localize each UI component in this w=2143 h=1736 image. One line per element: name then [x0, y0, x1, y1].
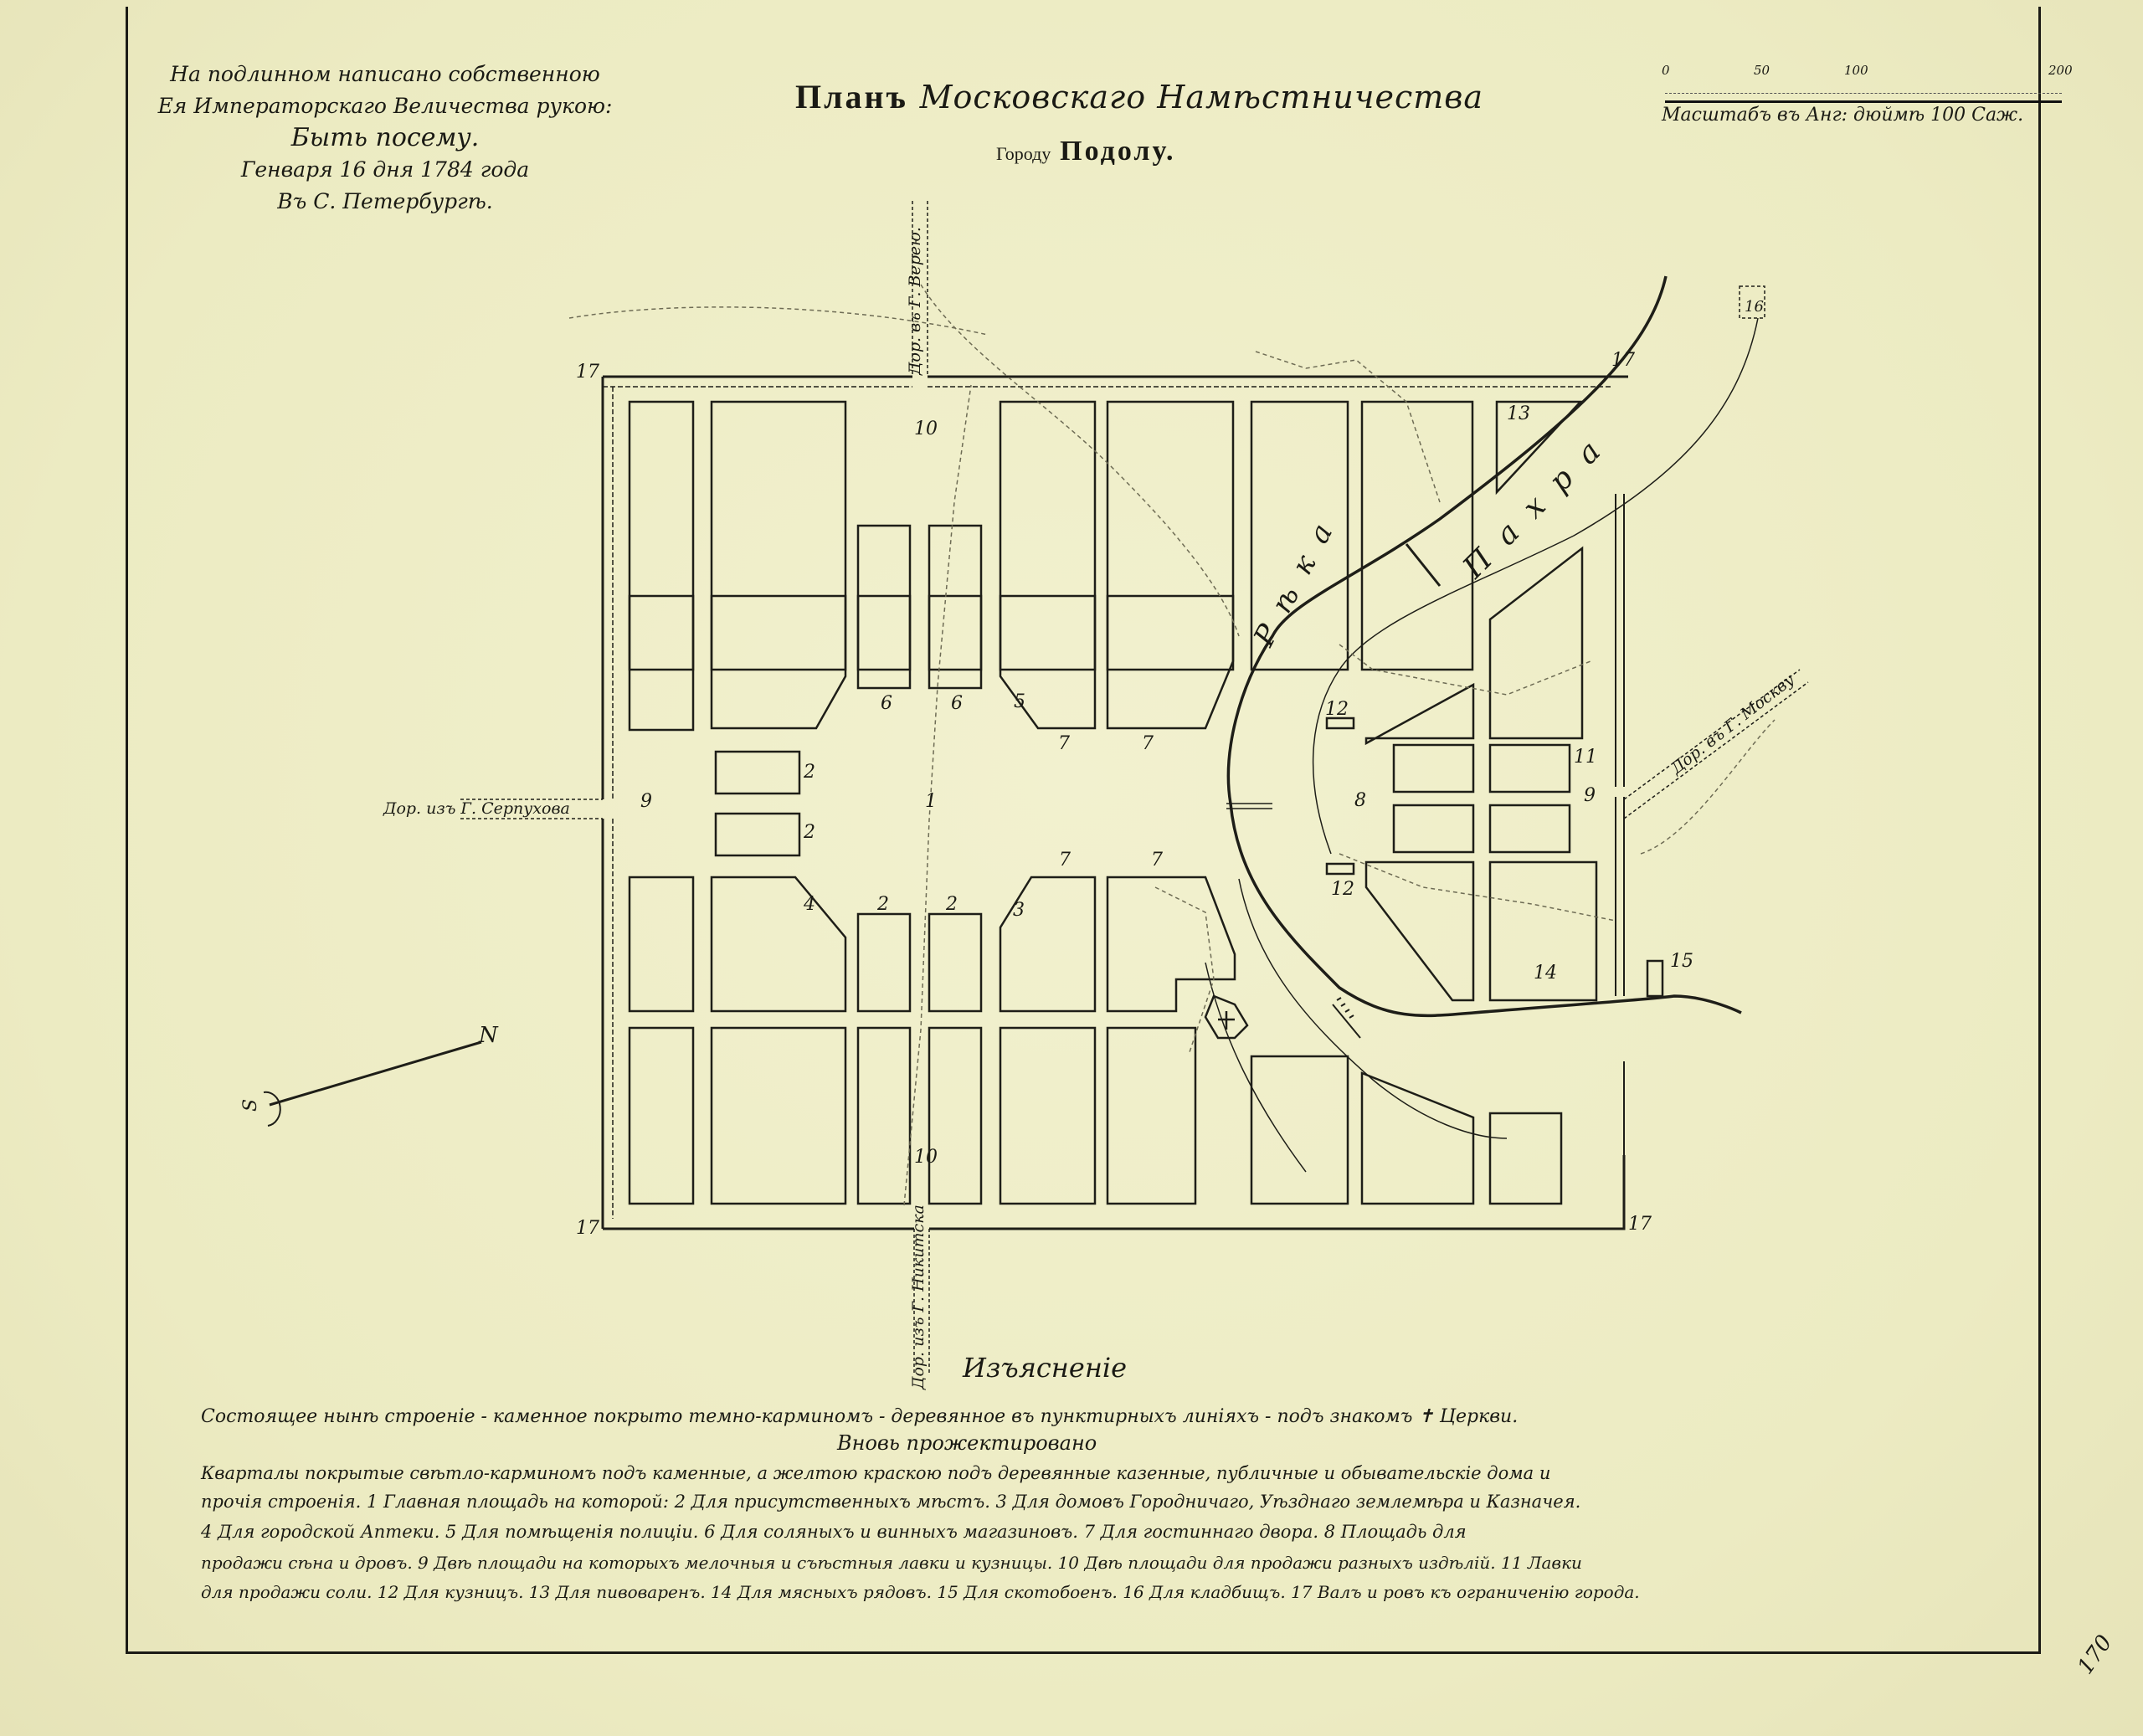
label-10-north: 10: [914, 419, 938, 439]
label-9-west: 9: [640, 791, 652, 812]
label-2b: 2: [804, 822, 815, 843]
legend-line-3: 4 Для городской Аптеки. 5 Для помѣщенія …: [201, 1522, 1467, 1542]
label-6a: 6: [881, 693, 892, 714]
road-label-to-vereya: Дор. въ Г. Верею.: [906, 227, 924, 375]
label-3: 3: [1013, 900, 1025, 921]
legend-line-5: для продажи соли. 12 Для кузницъ. 13 Для…: [201, 1582, 1640, 1602]
legend-line-2: прочія строенія. 1 Главная площадь на ко…: [201, 1492, 1580, 1512]
label-7b: 7: [1142, 733, 1154, 754]
label-7a: 7: [1058, 733, 1070, 754]
road-label-from-nikitsk: Дор. изъ Г. Никитска: [909, 1204, 928, 1389]
label-17-sw: 17: [576, 1218, 599, 1239]
label-16: 16: [1745, 298, 1764, 316]
label-13: 13: [1507, 403, 1530, 424]
label-10-south: 10: [914, 1147, 938, 1168]
embankment-hatching: [1333, 998, 1360, 1038]
compass-north-letter: N: [479, 1023, 498, 1048]
road-label-from-serpukhov: Дор. изъ Г. Серпухова: [383, 799, 570, 818]
label-8: 8: [1354, 790, 1366, 811]
label-1: 1: [925, 791, 937, 812]
label-15: 15: [1670, 951, 1693, 972]
label-17-nw: 17: [576, 362, 599, 383]
legend-line-1: Кварталы покрытые свѣтло-карминомъ подъ …: [201, 1463, 1550, 1483]
label-2a: 2: [804, 762, 815, 783]
label-12b: 12: [1331, 879, 1354, 900]
label-2c: 2: [877, 894, 889, 915]
compass-needle: [264, 1042, 481, 1126]
label-9-east: 9: [1584, 785, 1596, 806]
rampart-south: [603, 1155, 1624, 1229]
label-17-se: 17: [1628, 1214, 1652, 1235]
label-6b: 6: [951, 693, 963, 714]
river-pakhra: [1205, 276, 1758, 1172]
label-7d: 7: [1151, 850, 1163, 871]
rampart-east: [1616, 797, 1624, 996]
legend-newly-projected: Вновь прожектировано: [837, 1431, 1097, 1455]
label-14: 14: [1534, 963, 1557, 984]
legend-line-4: продажи сѣна и дровъ. 9 Двѣ площади на к…: [201, 1553, 1582, 1573]
legend-title: Изъясненіе: [963, 1352, 1127, 1384]
label-4: 4: [804, 894, 815, 915]
label-5: 5: [1014, 691, 1025, 712]
legend-existing-buildings: Состоящее нынѣ строеніе - каменное покры…: [201, 1406, 1518, 1427]
label-17-ne: 17: [1611, 350, 1635, 371]
compass-south-letter: S: [240, 1099, 261, 1112]
label-2d: 2: [946, 894, 958, 915]
label-12a: 12: [1325, 699, 1349, 720]
label-7c: 7: [1059, 850, 1071, 871]
label-11: 11: [1574, 747, 1597, 768]
